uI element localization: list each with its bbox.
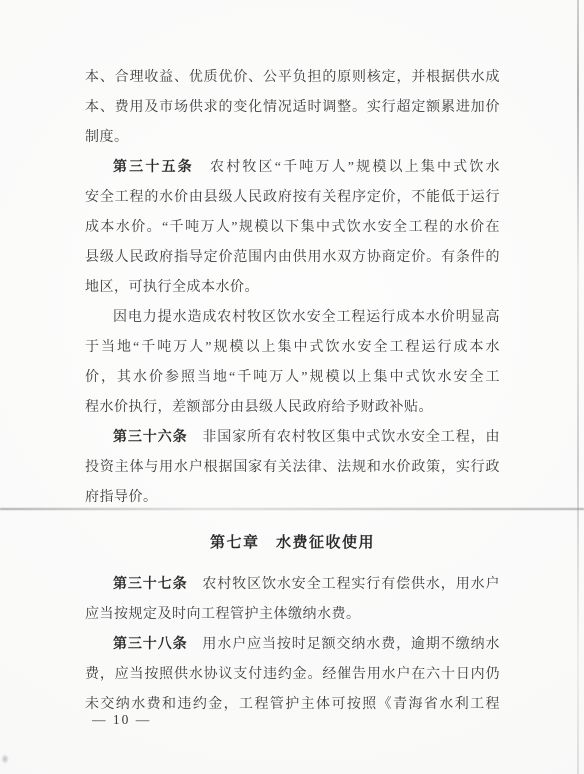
document-page: 本、合理收益、优质优价、公平负担的原则核定，并根据供水成本、费用及市场供求的变化… xyxy=(0,0,584,774)
article-number: 第三十五条 xyxy=(113,160,194,175)
scan-edge-streak xyxy=(577,0,579,774)
text-line: 于当地“千吨万人”规模以上集中式饮水安全工程运行成本水 xyxy=(85,333,500,363)
paragraph: 第三十八条 用水户应当按时足额交纳水费，逾期不缴纳水费，应当按照供水协议支付违约… xyxy=(85,630,500,720)
text-line: 制度。 xyxy=(85,123,500,153)
text-line: 因电力提水造成农村牧区饮水安全工程运行成本水价明显高 xyxy=(85,303,500,333)
text-line: 第三十六条 非国家所有农村牧区集中式饮水安全工程，由 xyxy=(85,423,500,453)
document-body: 本、合理收益、优质优价、公平负担的原则核定，并根据供水成本、费用及市场供求的变化… xyxy=(85,63,500,720)
scan-corner-smudge xyxy=(1,754,9,764)
paragraph: 第三十六条 非国家所有农村牧区集中式饮水安全工程，由投资主体与用水户根据国家有关… xyxy=(85,423,500,513)
text-line: 第三十七条 农村牧区饮水安全工程实行有偿供水，用水户 xyxy=(85,570,500,600)
text-line: 费，应当按照供水协议支付违约金。经催告用水户在六十日内仍 xyxy=(85,660,500,690)
text-line: 价，其水价参照当地“千吨万人”规模以上集中式饮水安全工 xyxy=(85,363,500,393)
paragraph: 因电力提水造成农村牧区饮水安全工程运行成本水价明显高于当地“千吨万人”规模以上集… xyxy=(85,303,500,423)
text-line: 成本水价。“千吨万人”规模以下集中式饮水安全工程的水价在 xyxy=(85,213,500,243)
chapter-heading: 第七章 水费征收使用 xyxy=(85,527,500,559)
text-line: 县级人民政府指导定价范围内由供用水双方协商定价。有条件的 xyxy=(85,243,500,273)
text-line: 第三十八条 用水户应当按时足额交纳水费，逾期不缴纳水 xyxy=(85,630,500,660)
text-line: 应当按规定及时向工程管护主体缴纳水费。 xyxy=(85,600,500,630)
paragraph: 本、合理收益、优质优价、公平负担的原则核定，并根据供水成本、费用及市场供求的变化… xyxy=(85,63,500,153)
text-line: 第三十五条 农村牧区“千吨万人”规模以上集中式饮水 xyxy=(85,153,500,183)
article-number: 第三十八条 xyxy=(113,637,188,652)
paragraph: 第三十五条 农村牧区“千吨万人”规模以上集中式饮水安全工程的水价由县级人民政府按… xyxy=(85,153,500,303)
scan-fold-line xyxy=(0,508,584,510)
text-line: 地区，可执行全成本水价。 xyxy=(85,273,500,303)
text-line: 程水价执行，差额部分由县级人民政府给予财政补贴。 xyxy=(85,393,500,423)
text-line: 安全工程的水价由县级人民政府按有关程序定价，不能低于运行 xyxy=(85,183,500,213)
text-line: 本、费用及市场供求的变化情况适时调整。实行超定额累进加价 xyxy=(85,93,500,123)
article-number: 第三十七条 xyxy=(113,577,188,592)
text-line: 投资主体与用水户根据国家有关法律、法规和水价政策，实行政 xyxy=(85,453,500,483)
paragraph: 第三十七条 农村牧区饮水安全工程实行有偿供水，用水户应当按规定及时向工程管护主体… xyxy=(85,570,500,630)
text-line: 本、合理收益、优质优价、公平负担的原则核定，并根据供水成 xyxy=(85,63,500,93)
page-number: — 10 — xyxy=(92,712,151,728)
article-number: 第三十六条 xyxy=(113,430,188,445)
